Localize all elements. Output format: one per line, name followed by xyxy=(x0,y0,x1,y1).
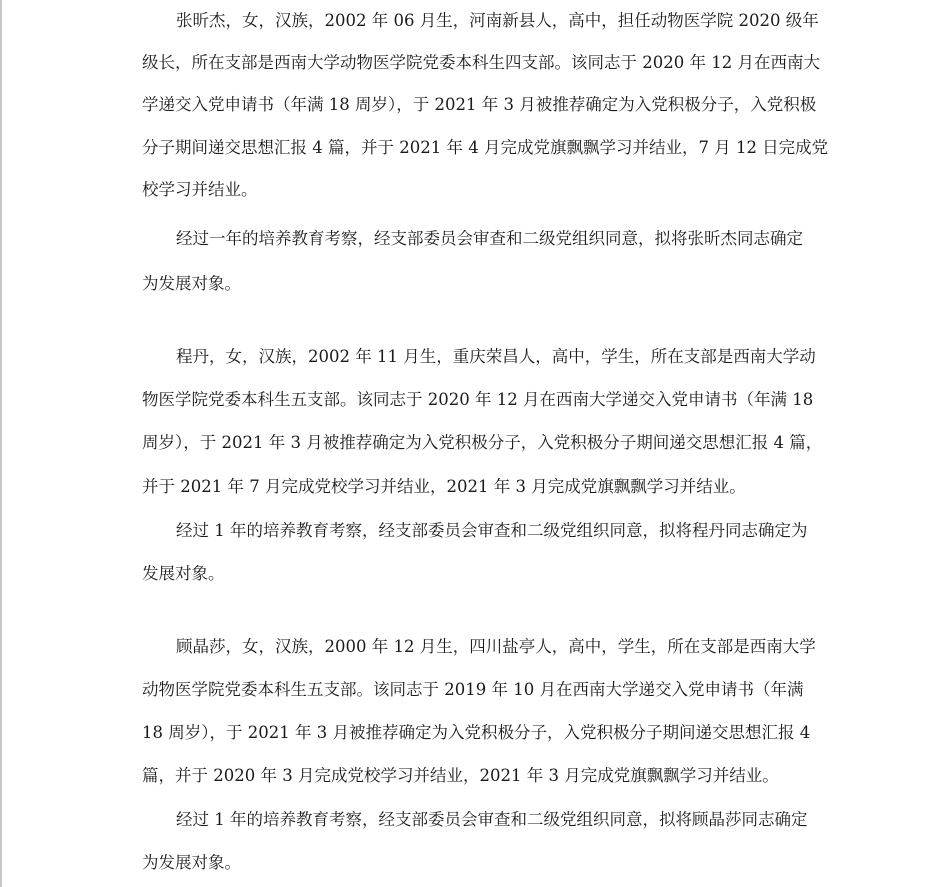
conclusion-paragraph-line: 经过一年的培养教育考察，经支部委员会审查和二级党组织同意，拟将张昕杰同志确定 xyxy=(142,227,792,251)
conclusion-paragraph-line: 经过 1 年的培养教育考察，经支部委员会审查和二级党组织同意，拟将程丹同志确定为 xyxy=(142,519,792,543)
profile-paragraph-line: 学递交入党申请书（年满 18 周岁），于 2021 年 3 月被推荐确定为入党积… xyxy=(142,93,792,117)
profile-paragraph-line: 动物医学院党委本科生五支部。该同志于 2019 年 10 月在西南大学递交入党申… xyxy=(142,678,792,702)
profile-paragraph-line: 分子期间递交思想汇报 4 篇，并于 2021 年 4 月完成党旗飘飘学习并结业，… xyxy=(142,136,792,160)
profile-paragraph-line: 程丹，女，汉族，2002 年 11 月生，重庆荣昌人，高中，学生，所在支部是西南… xyxy=(142,345,792,369)
profile-paragraph-line: 顾晶莎，女，汉族，2000 年 12 月生，四川盐亭人，高中，学生，所在支部是西… xyxy=(142,635,792,659)
profile-paragraph-line: 并于 2021 年 7 月完成党校学习并结业，2021 年 3 月完成党旗飘飘学… xyxy=(142,475,792,499)
profile-paragraph-line: 张昕杰，女，汉族，2002 年 06 月生，河南新县人，高中，担任动物医学院 2… xyxy=(142,9,792,33)
profile-paragraph-line: 周岁），于 2021 年 3 月被推荐确定为入党积极分子，入党积极分子期间递交思… xyxy=(142,431,792,455)
profile-paragraph-line: 校学习并结业。 xyxy=(142,178,792,202)
conclusion-paragraph-line: 为发展对象。 xyxy=(142,272,792,296)
profile-paragraph-line: 级长，所在支部是西南大学动物医学院党委本科生四支部。该同志于 2020 年 12… xyxy=(142,51,792,75)
conclusion-paragraph-line: 经过 1 年的培养教育考察，经支部委员会审查和二级党组织同意，拟将顾晶莎同志确定 xyxy=(142,808,792,832)
page-left-border xyxy=(0,0,2,887)
profile-paragraph-line: 篇，并于 2020 年 3 月完成党校学习并结业，2021 年 3 月完成党旗飘… xyxy=(142,764,792,788)
conclusion-paragraph-line: 发展对象。 xyxy=(142,562,792,586)
profile-paragraph-line: 18 周岁），于 2021 年 3 月被推荐确定为入党积极分子，入党积极分子期间… xyxy=(142,721,792,745)
profile-paragraph-line: 物医学院党委本科生五支部。该同志于 2020 年 12 月在西南大学递交入党申请… xyxy=(142,388,792,412)
conclusion-paragraph-line: 为发展对象。 xyxy=(142,851,792,875)
